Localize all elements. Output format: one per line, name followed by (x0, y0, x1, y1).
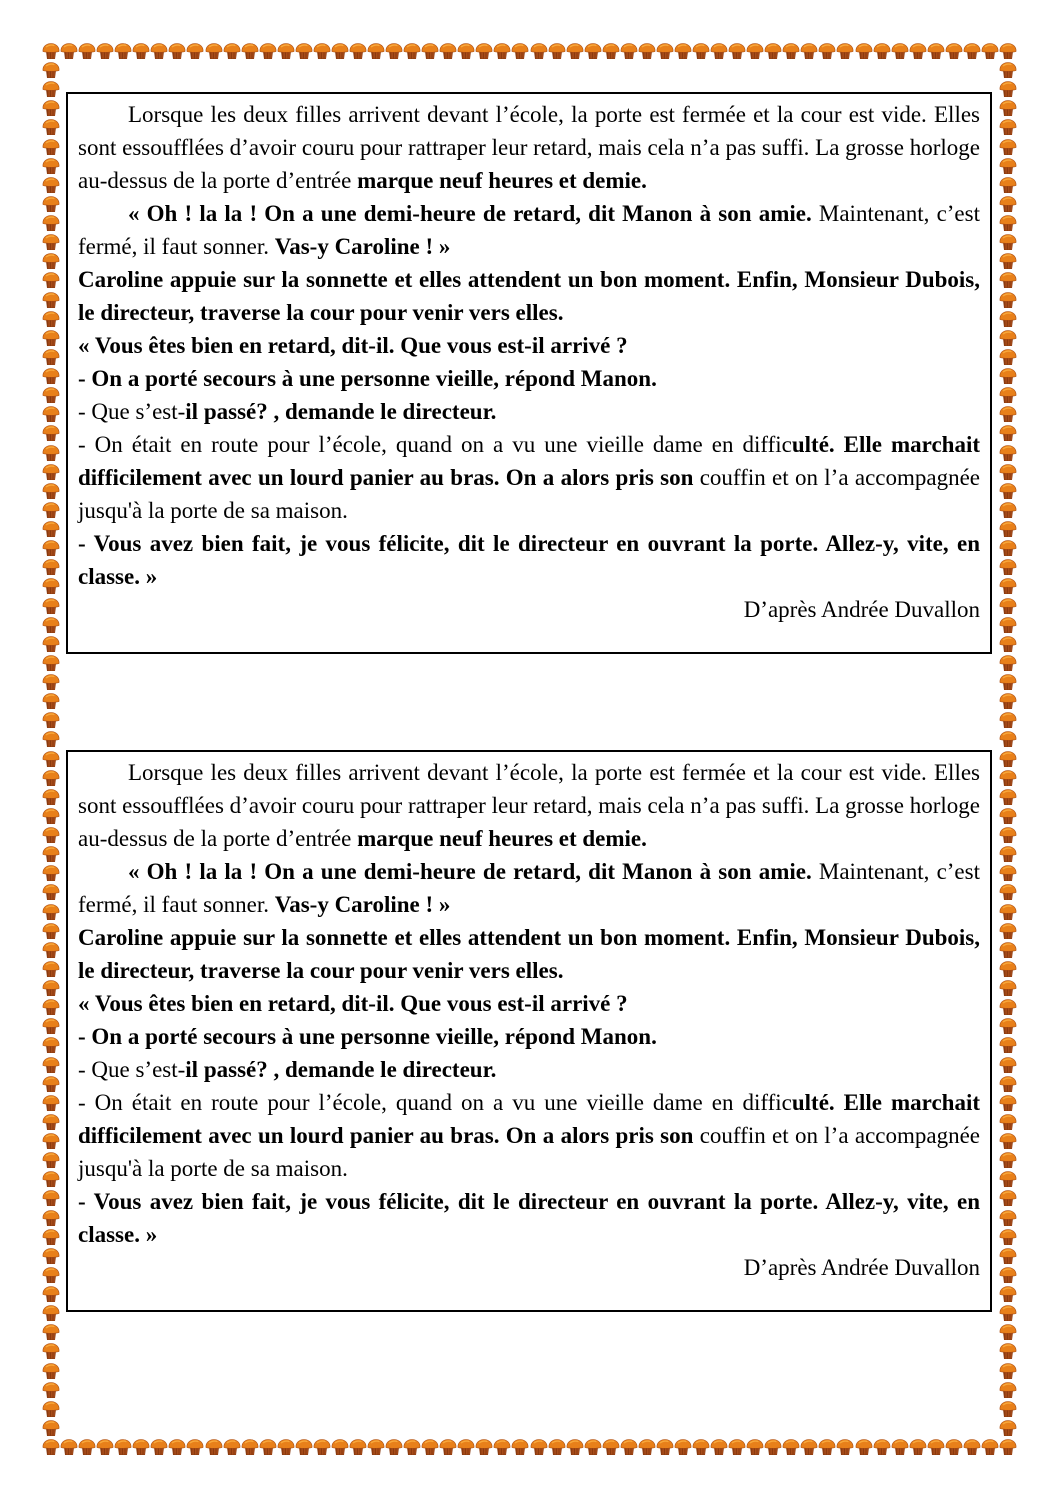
muffin-icon (42, 214, 60, 232)
muffin-icon (566, 42, 584, 60)
muffin-icon (999, 1132, 1017, 1150)
muffin-icon (331, 1438, 349, 1456)
muffin-icon (42, 291, 60, 309)
muffin-icon (999, 424, 1017, 442)
muffin-icon (999, 1323, 1017, 1341)
muffin-icon (855, 1438, 873, 1456)
text-run: - On a porté secours à une personne viei… (78, 1024, 657, 1049)
muffin-icon (42, 329, 60, 347)
muffin-icon (475, 1438, 493, 1456)
muffin-icon (42, 176, 60, 194)
muffin-icon (42, 1342, 60, 1360)
muffin-icon (999, 1075, 1017, 1093)
muffin-icon (42, 195, 60, 213)
muffin-icon (42, 42, 60, 60)
muffin-icon (999, 1056, 1017, 1074)
muffin-icon (42, 1419, 60, 1437)
muffin-icon (42, 1056, 60, 1074)
muffin-icon (728, 1438, 746, 1456)
muffin-icon (999, 99, 1017, 117)
muffin-icon (873, 1438, 891, 1456)
muffin-icon (638, 1438, 656, 1456)
text-run: il passé? , demande le directeur. (185, 1057, 496, 1082)
muffin-icon (999, 61, 1017, 79)
muffin-icon (927, 1438, 945, 1456)
muffin-icon (999, 1036, 1017, 1054)
paragraph: - On était en route pour l’école, quand … (78, 428, 980, 527)
muffin-icon (42, 1036, 60, 1054)
muffin-icon (999, 367, 1017, 385)
muffin-icon (945, 42, 963, 60)
muffin-icon (331, 42, 349, 60)
muffin-icon (150, 42, 168, 60)
muffin-icon (818, 1438, 836, 1456)
muffin-icon (584, 1438, 602, 1456)
muffin-icon (999, 1266, 1017, 1284)
muffin-icon (42, 1075, 60, 1093)
text-run: - On était en route pour l’école, quand … (78, 1090, 792, 1115)
muffin-icon (999, 329, 1017, 347)
muffin-icon (42, 1228, 60, 1246)
muffin-icon (855, 42, 873, 60)
attribution: D’après Andrée Duvallon (78, 593, 980, 626)
muffin-icon (999, 922, 1017, 940)
muffin-icon (602, 1438, 620, 1456)
muffin-icon (42, 1209, 60, 1227)
muffin-icon (277, 1438, 295, 1456)
muffin-icon (999, 769, 1017, 787)
muffin-icon (836, 42, 854, 60)
muffin-icon (999, 883, 1017, 901)
muffin-icon (42, 998, 60, 1016)
text-run: Vas-y Caroline ! » (275, 234, 451, 259)
muffin-icon (42, 310, 60, 328)
muffin-icon (963, 42, 981, 60)
muffin-icon (511, 42, 529, 60)
muffin-icon (259, 1438, 277, 1456)
muffin-icon (385, 42, 403, 60)
muffin-icon (457, 1438, 475, 1456)
muffin-icon (999, 1094, 1017, 1112)
muffin-icon (999, 845, 1017, 863)
text-run: - Vous avez bien fait, je vous félicite,… (78, 1189, 980, 1247)
muffin-icon (999, 979, 1017, 997)
muffin-icon (981, 42, 999, 60)
muffin-icon (999, 1381, 1017, 1399)
muffin-icon (999, 750, 1017, 768)
muffin-icon (42, 903, 60, 921)
muffin-icon (800, 42, 818, 60)
muffin-icon (548, 42, 566, 60)
muffin-icon (909, 42, 927, 60)
muffin-icon (42, 367, 60, 385)
muffin-icon (42, 386, 60, 404)
paragraph: - On était en route pour l’école, quand … (78, 1086, 980, 1185)
muffin-icon (295, 42, 313, 60)
muffin-icon (241, 42, 259, 60)
muffin-icon (457, 42, 475, 60)
muffin-icon (999, 252, 1017, 270)
text-run: Caroline appuie sur la sonnette et elles… (78, 267, 980, 325)
paragraph: - On a porté secours à une personne viei… (78, 1020, 980, 1053)
muffin-icon (999, 998, 1017, 1016)
muffin-icon (999, 1342, 1017, 1360)
muffin-icon (205, 42, 223, 60)
muffin-icon (42, 80, 60, 98)
muffin-icon (620, 1438, 638, 1456)
muffin-icon (692, 42, 710, 60)
text-run: - Que s’est- (78, 399, 185, 424)
muffin-icon (349, 42, 367, 60)
paragraph: « Vous êtes bien en retard, dit-il. Que … (78, 329, 980, 362)
muffin-icon (999, 1228, 1017, 1246)
text-box-2: Lorsque les deux filles arrivent devant … (66, 750, 992, 1312)
muffin-icon (530, 1438, 548, 1456)
muffin-icon (42, 673, 60, 691)
muffin-icon (999, 826, 1017, 844)
muffin-icon (891, 42, 909, 60)
text-run: « Oh ! la la ! On a une demi-heure de re… (128, 859, 812, 884)
text-run: - Que s’est- (78, 1057, 185, 1082)
muffin-icon (367, 42, 385, 60)
muffin-icon (42, 1132, 60, 1150)
muffin-icon (638, 42, 656, 60)
muffin-icon (42, 558, 60, 576)
muffin-icon (42, 1304, 60, 1322)
muffin-icon (999, 711, 1017, 729)
muffin-icon (42, 769, 60, 787)
muffin-icon (999, 616, 1017, 634)
muffin-icon (999, 1113, 1017, 1131)
muffin-icon (999, 310, 1017, 328)
muffin-icon (42, 482, 60, 500)
muffin-icon (42, 711, 60, 729)
muffin-icon (999, 444, 1017, 462)
muffin-icon (999, 176, 1017, 194)
muffin-icon (891, 1438, 909, 1456)
muffin-icon (223, 1438, 241, 1456)
muffin-icon (999, 157, 1017, 175)
muffin-icon (999, 214, 1017, 232)
muffin-icon (999, 405, 1017, 423)
muffin-icon (999, 577, 1017, 595)
muffin-icon (620, 42, 638, 60)
muffin-icon (818, 42, 836, 60)
muffin-icon (42, 597, 60, 615)
muffin-icon (999, 692, 1017, 710)
muffin-icon (999, 941, 1017, 959)
muffin-icon (42, 61, 60, 79)
muffin-icon (439, 42, 457, 60)
muffin-icon (764, 42, 782, 60)
muffin-icon (295, 1438, 313, 1456)
muffin-icon (42, 157, 60, 175)
muffin-icon (584, 42, 602, 60)
text-run: Vas-y Caroline ! » (275, 892, 451, 917)
paragraph: Lorsque les deux filles arrivent devant … (78, 756, 980, 855)
muffin-icon (42, 1362, 60, 1380)
muffin-icon (42, 845, 60, 863)
muffin-icon (656, 1438, 674, 1456)
muffin-icon (999, 291, 1017, 309)
muffin-icon (999, 1247, 1017, 1265)
muffin-icon (999, 1285, 1017, 1303)
paragraph: « Vous êtes bien en retard, dit-il. Que … (78, 987, 980, 1020)
muffin-icon (999, 348, 1017, 366)
muffin-icon (42, 1381, 60, 1399)
muffin-icon (421, 42, 439, 60)
muffin-icon (746, 1438, 764, 1456)
muffin-icon (782, 42, 800, 60)
muffin-icon (999, 195, 1017, 213)
muffin-icon (42, 1113, 60, 1131)
muffin-icon (42, 1285, 60, 1303)
muffin-icon (42, 922, 60, 940)
muffin-icon (999, 654, 1017, 672)
paragraph: « Oh ! la la ! On a une demi-heure de re… (78, 197, 980, 263)
muffin-icon (42, 1247, 60, 1265)
muffin-icon (602, 42, 620, 60)
muffin-icon (42, 233, 60, 251)
muffin-icon (710, 42, 728, 60)
story-text: Lorsque les deux filles arrivent devant … (78, 756, 980, 1251)
muffin-icon (42, 252, 60, 270)
muffin-icon (42, 501, 60, 519)
muffin-icon (999, 558, 1017, 576)
muffin-icon (999, 960, 1017, 978)
paragraph: Caroline appuie sur la sonnette et elles… (78, 263, 980, 329)
muffin-icon (999, 138, 1017, 156)
paragraph: Lorsque les deux filles arrivent devant … (78, 98, 980, 197)
muffin-icon (186, 42, 204, 60)
muffin-icon (999, 903, 1017, 921)
muffin-icon (313, 1438, 331, 1456)
muffin-icon (403, 1438, 421, 1456)
text-run: « Vous êtes bien en retard, dit-il. Que … (78, 991, 628, 1016)
muffin-icon (963, 1438, 981, 1456)
muffin-icon (927, 42, 945, 60)
muffin-icon (42, 616, 60, 634)
muffin-icon (511, 1438, 529, 1456)
muffin-icon (999, 1209, 1017, 1227)
muffin-icon (493, 42, 511, 60)
muffin-icon (96, 1438, 114, 1456)
muffin-icon (42, 826, 60, 844)
muffin-icon (186, 1438, 204, 1456)
muffin-icon (42, 348, 60, 366)
muffin-icon (42, 444, 60, 462)
muffin-icon (42, 1189, 60, 1207)
muffin-icon (999, 1362, 1017, 1380)
muffin-icon (42, 654, 60, 672)
paragraph: - Vous avez bien fait, je vous félicite,… (78, 1185, 980, 1251)
muffin-icon (493, 1438, 511, 1456)
muffin-icon (42, 1151, 60, 1169)
muffin-icon (800, 1438, 818, 1456)
muffin-icon (42, 1094, 60, 1112)
muffin-icon (530, 42, 548, 60)
muffin-icon (999, 118, 1017, 136)
muffin-icon (42, 941, 60, 959)
muffin-icon (439, 1438, 457, 1456)
muffin-icon (60, 42, 78, 60)
muffin-icon (114, 42, 132, 60)
muffin-icon (205, 1438, 223, 1456)
muffin-icon (421, 1438, 439, 1456)
muffin-icon (42, 138, 60, 156)
muffin-icon (403, 42, 421, 60)
paragraph: - On a porté secours à une personne viei… (78, 362, 980, 395)
paragraph: - Que s’est-il passé? , demande le direc… (78, 1053, 980, 1086)
muffin-icon (999, 597, 1017, 615)
muffin-icon (42, 692, 60, 710)
muffin-icon (42, 424, 60, 442)
text-run: Caroline appuie sur la sonnette et elles… (78, 925, 980, 983)
muffin-icon (475, 42, 493, 60)
muffin-icon (999, 80, 1017, 98)
muffin-icon (764, 1438, 782, 1456)
muffin-icon (782, 1438, 800, 1456)
muffin-icon (78, 42, 96, 60)
muffin-icon (999, 788, 1017, 806)
muffin-icon (999, 673, 1017, 691)
muffin-icon (945, 1438, 963, 1456)
muffin-icon (981, 1438, 999, 1456)
muffin-icon (42, 1438, 60, 1456)
muffin-icon (60, 1438, 78, 1456)
muffin-icon (132, 42, 150, 60)
muffin-icon (42, 1323, 60, 1341)
muffin-icon (656, 42, 674, 60)
muffin-icon (150, 1438, 168, 1456)
worksheet-page: Lorsque les deux filles arrivent devant … (0, 0, 1058, 1497)
muffin-icon (566, 1438, 584, 1456)
muffin-icon (728, 42, 746, 60)
text-run: marque neuf heures et demie. (357, 826, 647, 851)
muffin-icon (277, 42, 295, 60)
muffin-icon (999, 520, 1017, 538)
text-run: - Vous avez bien fait, je vous félicite,… (78, 531, 980, 589)
muffin-icon (710, 1438, 728, 1456)
muffin-icon (999, 635, 1017, 653)
story-text: Lorsque les deux filles arrivent devant … (78, 98, 980, 593)
muffin-icon (999, 271, 1017, 289)
muffin-icon (999, 42, 1017, 60)
muffin-icon (42, 1017, 60, 1035)
muffin-icon (42, 750, 60, 768)
muffin-icon (999, 386, 1017, 404)
muffin-icon (42, 1170, 60, 1188)
muffin-icon (132, 1438, 150, 1456)
muffin-icon (42, 730, 60, 748)
attribution: D’après Andrée Duvallon (78, 1251, 980, 1284)
text-run: « Vous êtes bien en retard, dit-il. Que … (78, 333, 628, 358)
muffin-icon (42, 99, 60, 117)
text-run: - On a porté secours à une personne viei… (78, 366, 657, 391)
muffin-icon (241, 1438, 259, 1456)
muffin-icon (42, 788, 60, 806)
muffin-icon (78, 1438, 96, 1456)
muffin-icon (548, 1438, 566, 1456)
muffin-icon (42, 864, 60, 882)
text-run: marque neuf heures et demie. (357, 168, 647, 193)
muffin-icon (42, 539, 60, 557)
muffin-icon (836, 1438, 854, 1456)
muffin-icon (746, 42, 764, 60)
muffin-icon (42, 960, 60, 978)
muffin-icon (999, 482, 1017, 500)
muffin-icon (999, 1400, 1017, 1418)
muffin-icon (96, 42, 114, 60)
muffin-icon (692, 1438, 710, 1456)
muffin-icon (42, 577, 60, 595)
text-run: « Oh ! la la ! On a une demi-heure de re… (128, 201, 812, 226)
paragraph: Caroline appuie sur la sonnette et elles… (78, 921, 980, 987)
muffin-icon (999, 1438, 1017, 1456)
muffin-icon (909, 1438, 927, 1456)
muffin-icon (873, 42, 891, 60)
muffin-icon (168, 42, 186, 60)
muffin-icon (42, 118, 60, 136)
muffin-icon (999, 1304, 1017, 1322)
muffin-icon (999, 1419, 1017, 1437)
text-box-1: Lorsque les deux filles arrivent devant … (66, 92, 992, 654)
paragraph: - Que s’est-il passé? , demande le direc… (78, 395, 980, 428)
muffin-icon (313, 42, 331, 60)
muffin-icon (999, 1017, 1017, 1035)
muffin-icon (999, 463, 1017, 481)
muffin-icon (114, 1438, 132, 1456)
muffin-icon (42, 807, 60, 825)
muffin-icon (999, 864, 1017, 882)
muffin-icon (999, 1189, 1017, 1207)
muffin-icon (42, 405, 60, 423)
muffin-icon (42, 463, 60, 481)
muffin-icon (42, 883, 60, 901)
muffin-icon (42, 271, 60, 289)
text-run: - On était en route pour l’école, quand … (78, 432, 792, 457)
text-run: il passé? , demande le directeur. (185, 399, 496, 424)
muffin-icon (259, 42, 277, 60)
muffin-icon (42, 1400, 60, 1418)
muffin-icon (42, 635, 60, 653)
muffin-icon (42, 1266, 60, 1284)
muffin-icon (385, 1438, 403, 1456)
muffin-icon (999, 539, 1017, 557)
muffin-icon (349, 1438, 367, 1456)
muffin-icon (367, 1438, 385, 1456)
paragraph: « Oh ! la la ! On a une demi-heure de re… (78, 855, 980, 921)
muffin-icon (999, 807, 1017, 825)
muffin-icon (168, 1438, 186, 1456)
muffin-icon (999, 1170, 1017, 1188)
muffin-icon (999, 730, 1017, 748)
muffin-icon (223, 42, 241, 60)
muffin-icon (42, 520, 60, 538)
muffin-icon (674, 1438, 692, 1456)
muffin-icon (999, 1151, 1017, 1169)
muffin-icon (674, 42, 692, 60)
muffin-icon (999, 501, 1017, 519)
paragraph: - Vous avez bien fait, je vous félicite,… (78, 527, 980, 593)
muffin-icon (42, 979, 60, 997)
muffin-icon (999, 233, 1017, 251)
